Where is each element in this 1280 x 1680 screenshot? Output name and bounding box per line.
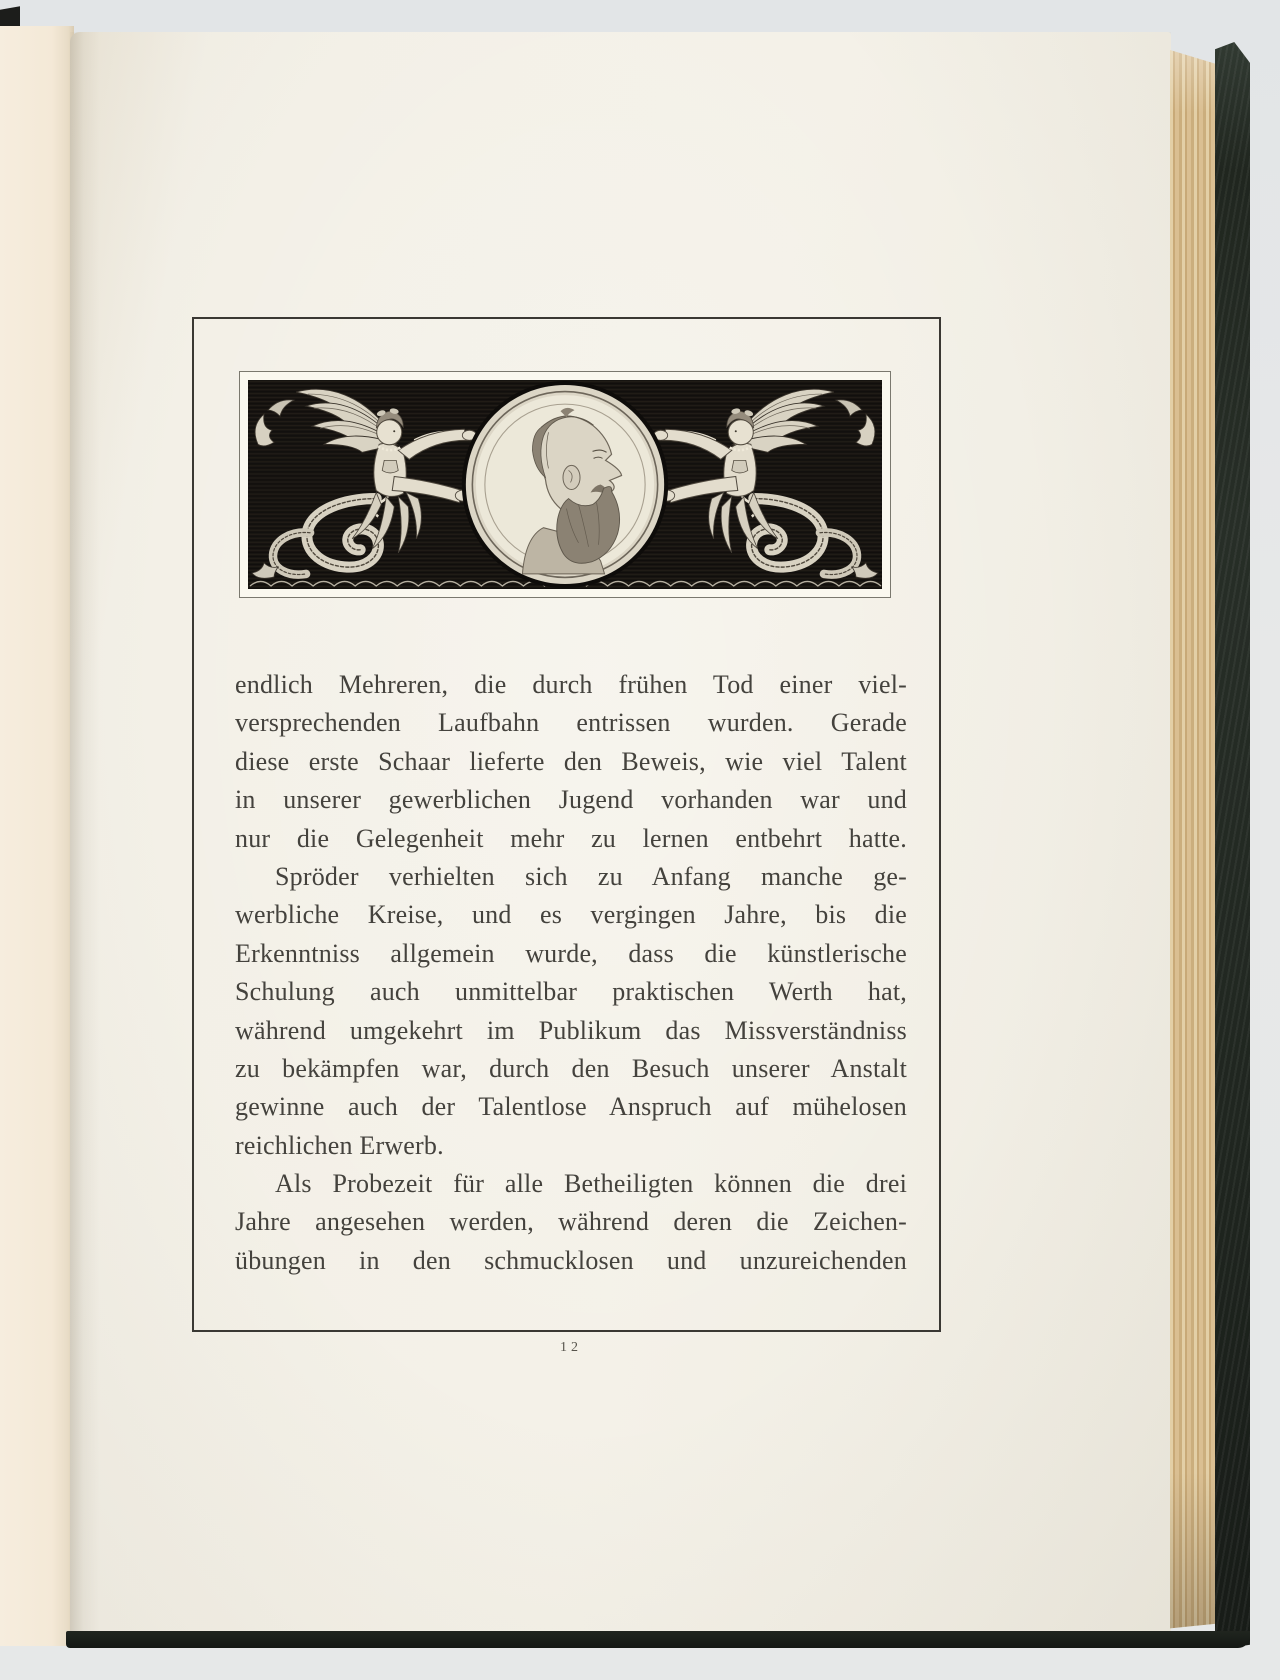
text-line: versprechenden Laufbahn entrissen wurden… [235, 704, 907, 742]
headpiece-plate [239, 371, 891, 598]
text-line: nur die Gelegenheit mehr zu lernen entbe… [235, 820, 907, 858]
text-line: diese erste Schaar lieferte den Beweis, … [235, 743, 907, 781]
text-line: Jahre angesehen werden, während deren di… [235, 1203, 907, 1241]
text-line: reichlichen Erwerb. [235, 1127, 907, 1165]
header-engraving [248, 380, 882, 589]
text-line: während umgekehrt im Publikum das Missve… [235, 1012, 907, 1050]
text-line: zu bekämpfen war, durch den Besuch unser… [235, 1050, 907, 1088]
text-line: Spröder verhielten sich zu Anfang manche… [235, 858, 907, 896]
text-line: in unserer gewerblichen Jugend vorhanden… [235, 781, 907, 819]
text-line: gewinne auch der Talentlose Anspruch auf… [235, 1088, 907, 1126]
text-lines: endlich Mehreren, die durch frühen Tod e… [235, 666, 907, 1280]
text-line: Schulung auch unmittelbar praktischen We… [235, 973, 907, 1011]
facing-page-edge [0, 26, 74, 1646]
page-block-fore-edge [1170, 50, 1217, 1630]
text-line: werbliche Kreise, und es vergingen Jahre… [235, 896, 907, 934]
text-line: endlich Mehreren, die durch frühen Tod e… [235, 666, 907, 704]
text-line: Erkenntniss allgemein wurde, dass die kü… [235, 935, 907, 973]
book-cover-bottom [66, 1631, 1250, 1648]
page-number: 12 [235, 1340, 907, 1356]
portrait-medallion [462, 381, 668, 588]
book-cover-right [1215, 42, 1250, 1648]
text-line: übungen in den schmucklosen und unzureic… [235, 1242, 907, 1280]
engraving-graphic [248, 380, 882, 589]
text-line: Als Probezeit für alle Betheiligten könn… [235, 1165, 907, 1203]
body-text: endlich Mehreren, die durch frühen Tod e… [235, 666, 907, 1280]
